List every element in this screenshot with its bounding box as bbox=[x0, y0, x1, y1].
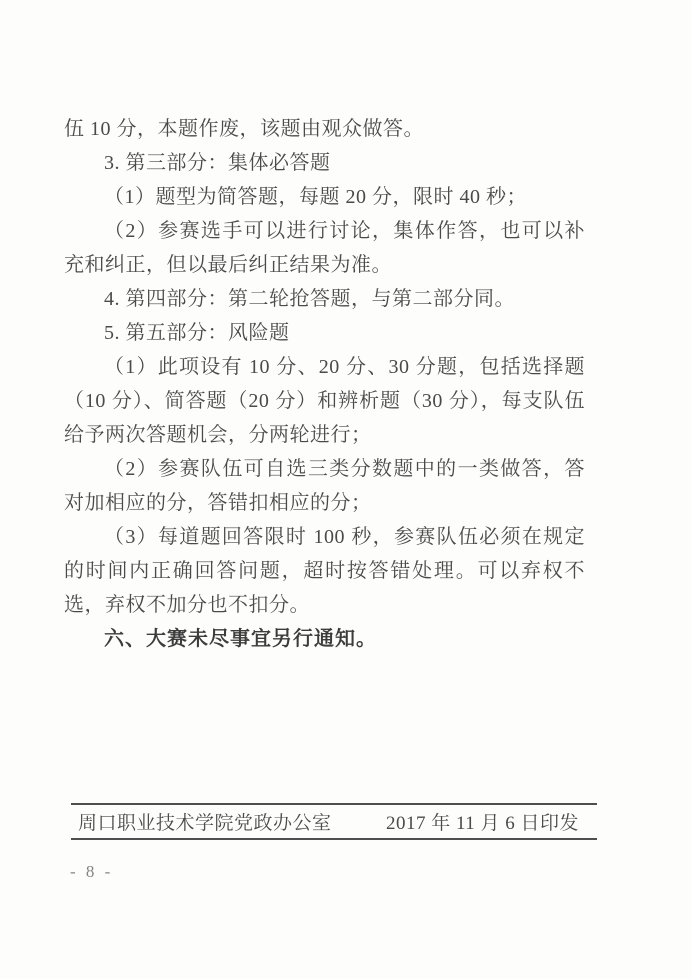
page-number: - 8 - bbox=[70, 862, 113, 882]
footer-print-date: 2017 年 11 月 6 日印发 bbox=[386, 808, 579, 835]
paragraph: （1）题型为简答题，每题 20 分，限时 40 秒； bbox=[64, 180, 585, 214]
paragraph: 5. 第五部分：风险题 bbox=[64, 316, 585, 350]
document-footer: 周口职业技术学院党政办公室 2017 年 11 月 6 日印发 bbox=[71, 803, 597, 840]
paragraph: 4. 第四部分：第二轮抢答题，与第二部分同。 bbox=[64, 282, 585, 316]
paragraph: （2）参赛选手可以进行讨论，集体作答，也可以补充和纠正，但以最后纠正结果为准。 bbox=[64, 214, 585, 282]
document-body: 伍 10 分，本题作废，该题由观众做答。3. 第三部分：集体必答题（1）题型为简… bbox=[64, 112, 585, 656]
paragraph: 六、大赛未尽事宜另行通知。 bbox=[64, 622, 585, 656]
paragraph: （2）参赛队伍可自选三类分数题中的一类做答，答对加相应的分，答错扣相应的分； bbox=[64, 452, 585, 520]
paragraph: （1）此项设有 10 分、20 分、30 分题，包括选择题（10 分）、简答题（… bbox=[64, 350, 585, 452]
paragraph: 伍 10 分，本题作废，该题由观众做答。 bbox=[64, 112, 585, 146]
paragraph: 3. 第三部分：集体必答题 bbox=[64, 146, 585, 180]
footer-bottom-rule bbox=[71, 838, 597, 840]
footer-issuer: 周口职业技术学院党政办公室 bbox=[78, 808, 332, 835]
paragraph: （3）每道题回答限时 100 秒，参赛队伍必须在规定的时间内正确回答问题，超时按… bbox=[64, 520, 585, 622]
footer-row: 周口职业技术学院党政办公室 2017 年 11 月 6 日印发 bbox=[71, 805, 597, 838]
document-page: 伍 10 分，本题作废，该题由观众做答。3. 第三部分：集体必答题（1）题型为简… bbox=[0, 0, 692, 979]
